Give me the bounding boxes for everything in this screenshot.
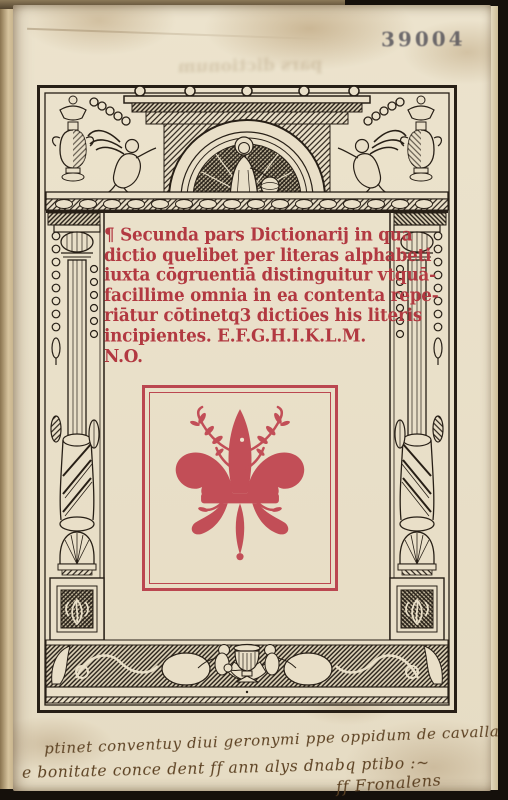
title-line: dictio quelibet per literas alphabeti bbox=[104, 245, 378, 265]
title-line: facillime omnia in ea contenta repe- bbox=[104, 286, 378, 306]
photograph-backdrop: pars dictionum 39004 bbox=[0, 0, 508, 800]
bottom-frieze bbox=[46, 640, 448, 703]
library-stamp-number: 39004 bbox=[381, 27, 466, 52]
top-frieze bbox=[46, 86, 448, 213]
title-line: iuxta cōgruentiā distinguitur vtquā- bbox=[104, 265, 378, 285]
title-text: ¶ Secunda pars Dictionarij in qua dictio… bbox=[104, 225, 378, 366]
corner-urn bbox=[53, 96, 94, 181]
fleur-de-lis-emblem bbox=[168, 405, 312, 571]
left-column bbox=[48, 213, 104, 640]
title-line: incipientes. E.F.G.H.I.K.L.M. bbox=[104, 326, 378, 346]
paper-crease bbox=[27, 28, 327, 40]
page-right-edge bbox=[490, 6, 498, 790]
printers-device-frame bbox=[142, 385, 338, 591]
title-line: N.O. bbox=[104, 346, 378, 366]
putto-figure bbox=[88, 131, 156, 195]
title-line: riātur cōtinetq3 dictiōes his literis bbox=[104, 306, 378, 326]
show-through-text: pars dictionum bbox=[132, 54, 368, 78]
title-line: ¶ Secunda pars Dictionarij in qua bbox=[104, 225, 378, 245]
